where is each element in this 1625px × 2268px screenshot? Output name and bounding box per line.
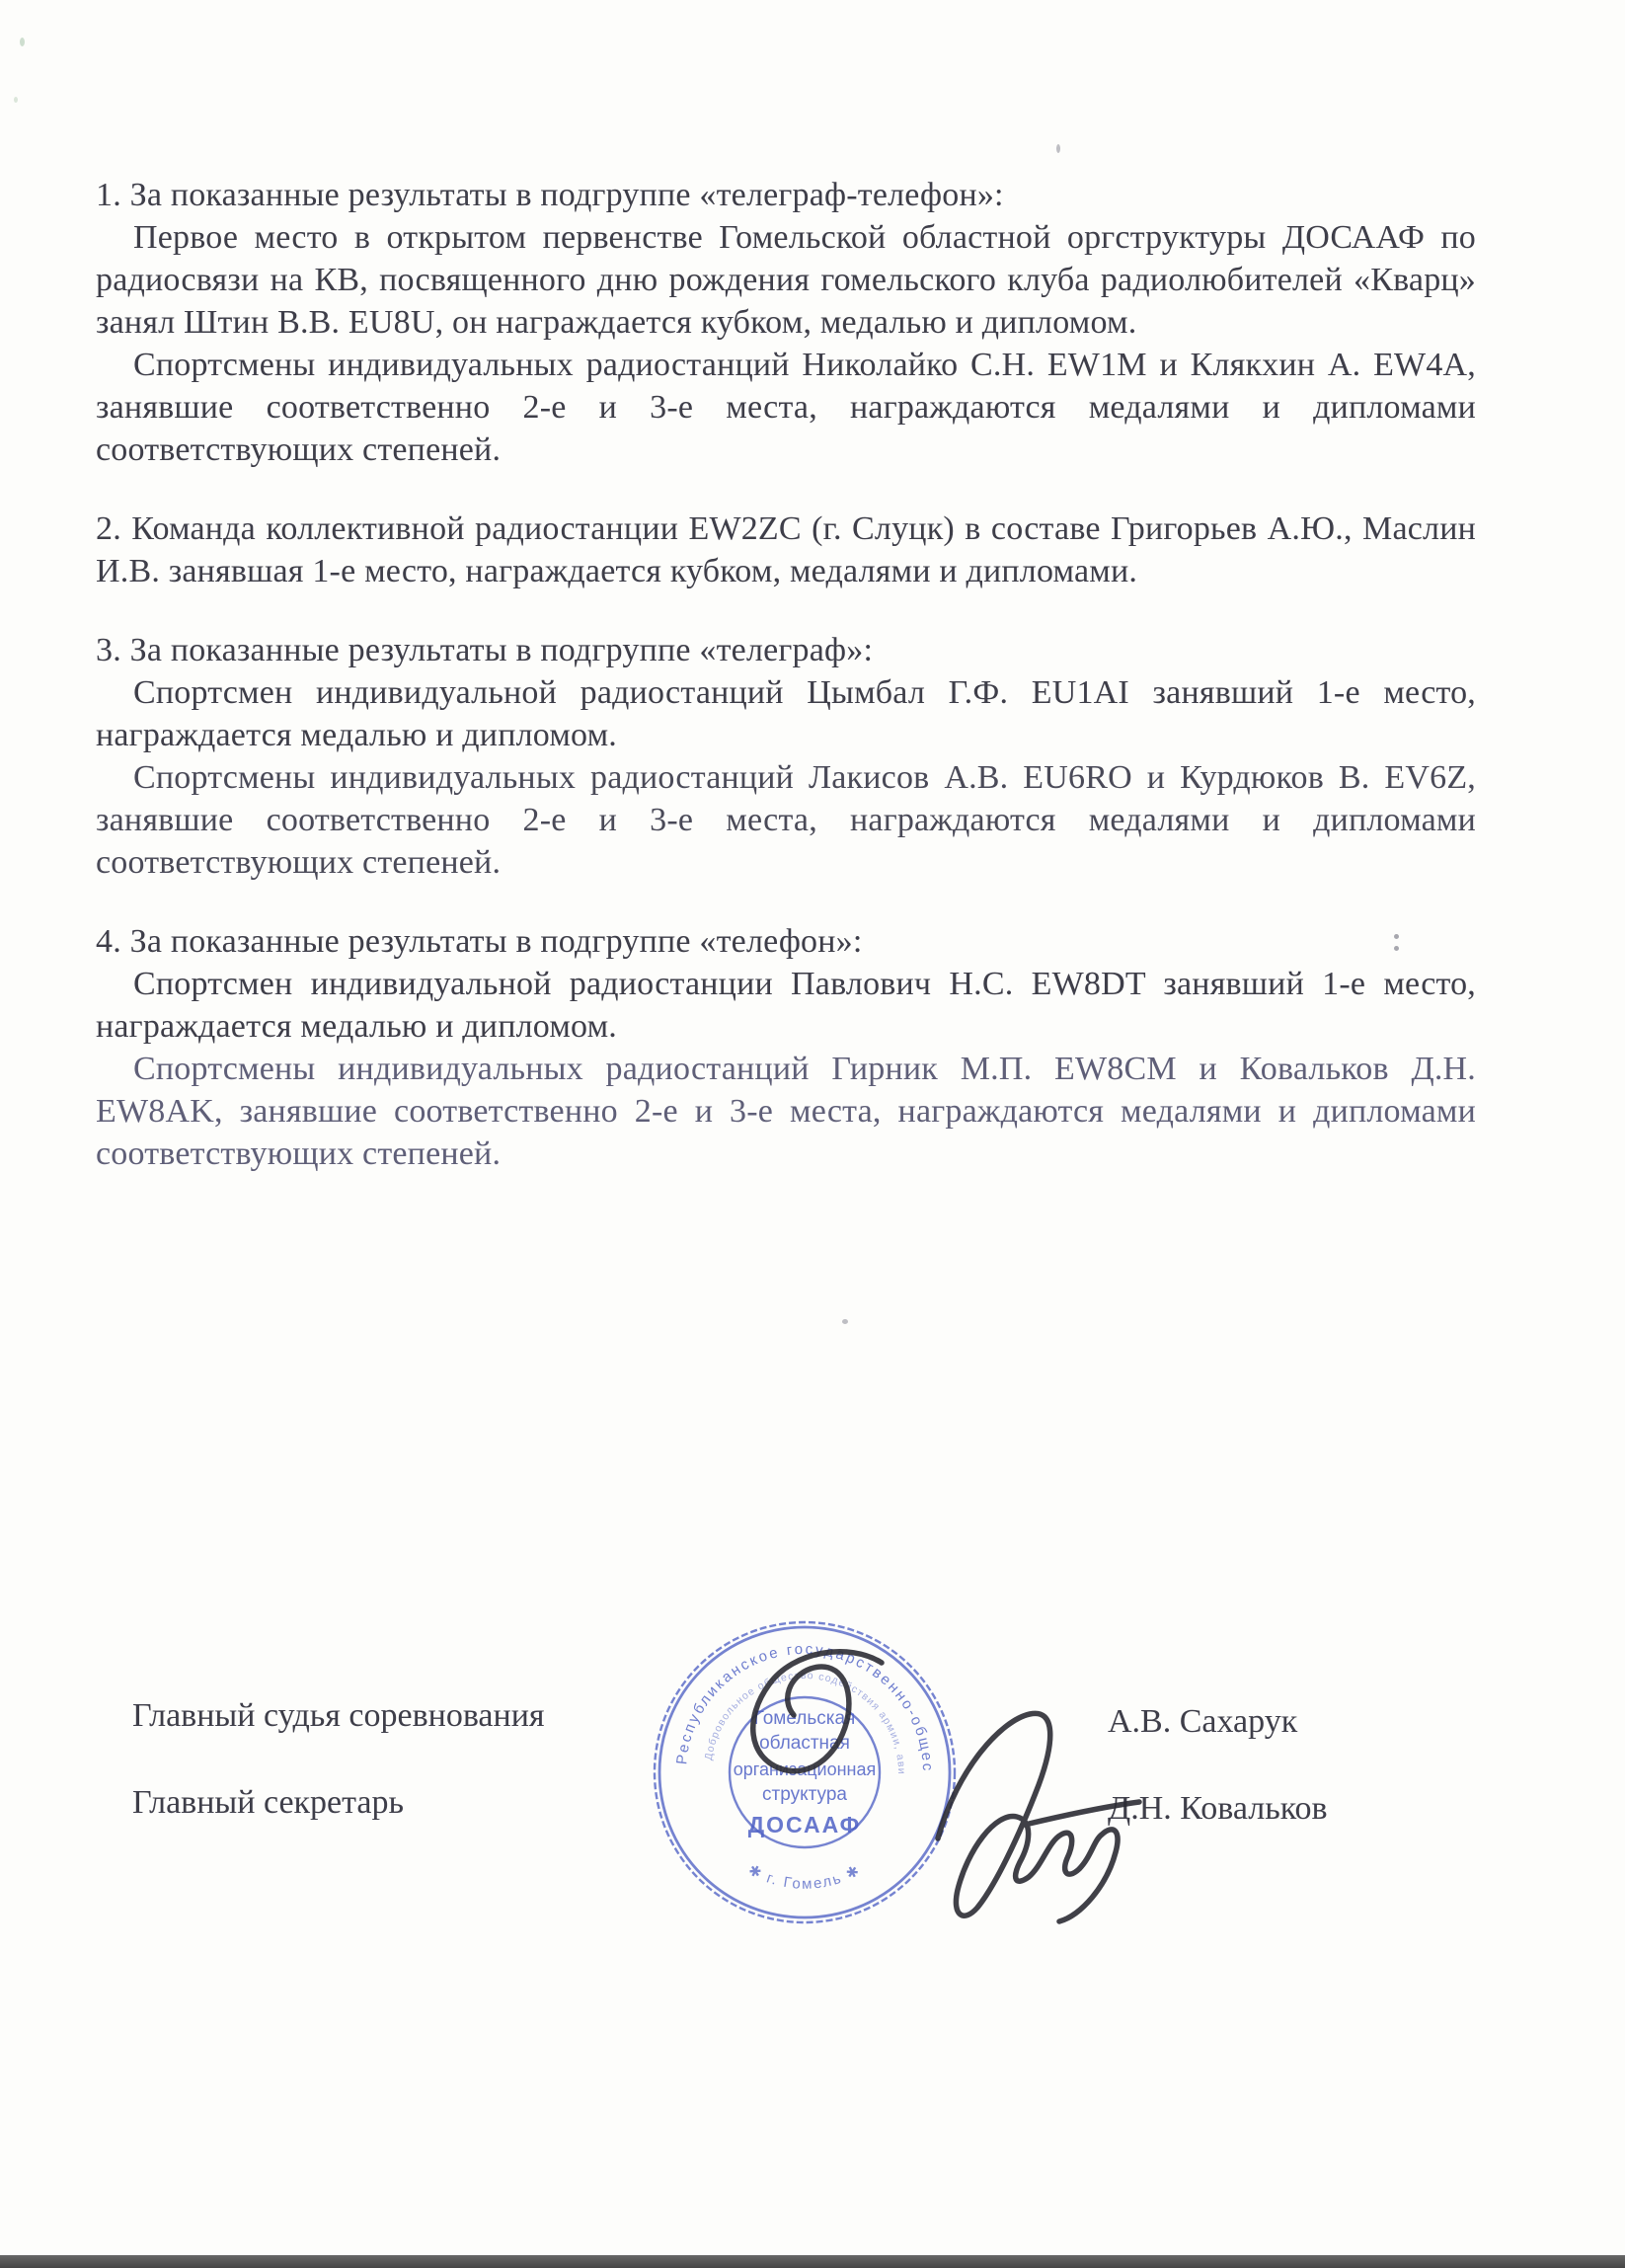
secretary-signature [938, 1713, 1118, 1921]
paragraph-4-intro: 4. За показанные результаты в подгруппе … [96, 920, 1476, 963]
paragraph-3-sub2: Спортсмены индивидуальных радиостанций Л… [96, 756, 1476, 884]
handwritten-signatures [691, 1609, 1165, 1945]
paragraph-spacer [96, 471, 1476, 508]
paragraph-spacer [96, 884, 1476, 920]
scan-speck [1056, 144, 1060, 153]
paragraph-2: 2. Команда коллективной радиостанции EW2… [96, 508, 1476, 592]
paragraph-3-intro: 3. За показанные результаты в подгруппе … [96, 629, 1476, 671]
scan-edge-artifact [0, 2255, 1625, 2268]
paragraph-3-sub1: Спортсмен индивидуальной радиостанций Цы… [96, 671, 1476, 756]
chief-secretary-title: Главный секретарь [132, 1783, 404, 1823]
judge-signature [753, 1652, 882, 1771]
paragraph-4-sub2: Спортсмены индивидуальных радиостанций Г… [96, 1048, 1476, 1175]
scan-speck [14, 97, 18, 103]
paragraph-1-intro: 1. За показанные результаты в подгруппе … [96, 174, 1476, 216]
paragraph-1-sub2: Спортсмены индивидуальных радиостанций Н… [96, 344, 1476, 471]
paragraph-4-sub1: Спортсмен индивидуальной радиостанции Па… [96, 963, 1476, 1048]
scan-speck [842, 1319, 848, 1324]
paragraph-1-sub1: Первое место в открытом первенстве Гомел… [96, 216, 1476, 344]
scan-speck [1394, 934, 1399, 939]
document-body: 1. За показанные результаты в подгруппе … [96, 174, 1476, 1175]
paragraph-spacer [96, 592, 1476, 629]
document-page: 1. За показанные результаты в подгруппе … [0, 0, 1625, 2268]
scan-speck [20, 38, 25, 46]
secretary-signature-tail [1025, 1802, 1139, 1825]
chief-judge-title: Главный судья соревнования [132, 1696, 545, 1736]
